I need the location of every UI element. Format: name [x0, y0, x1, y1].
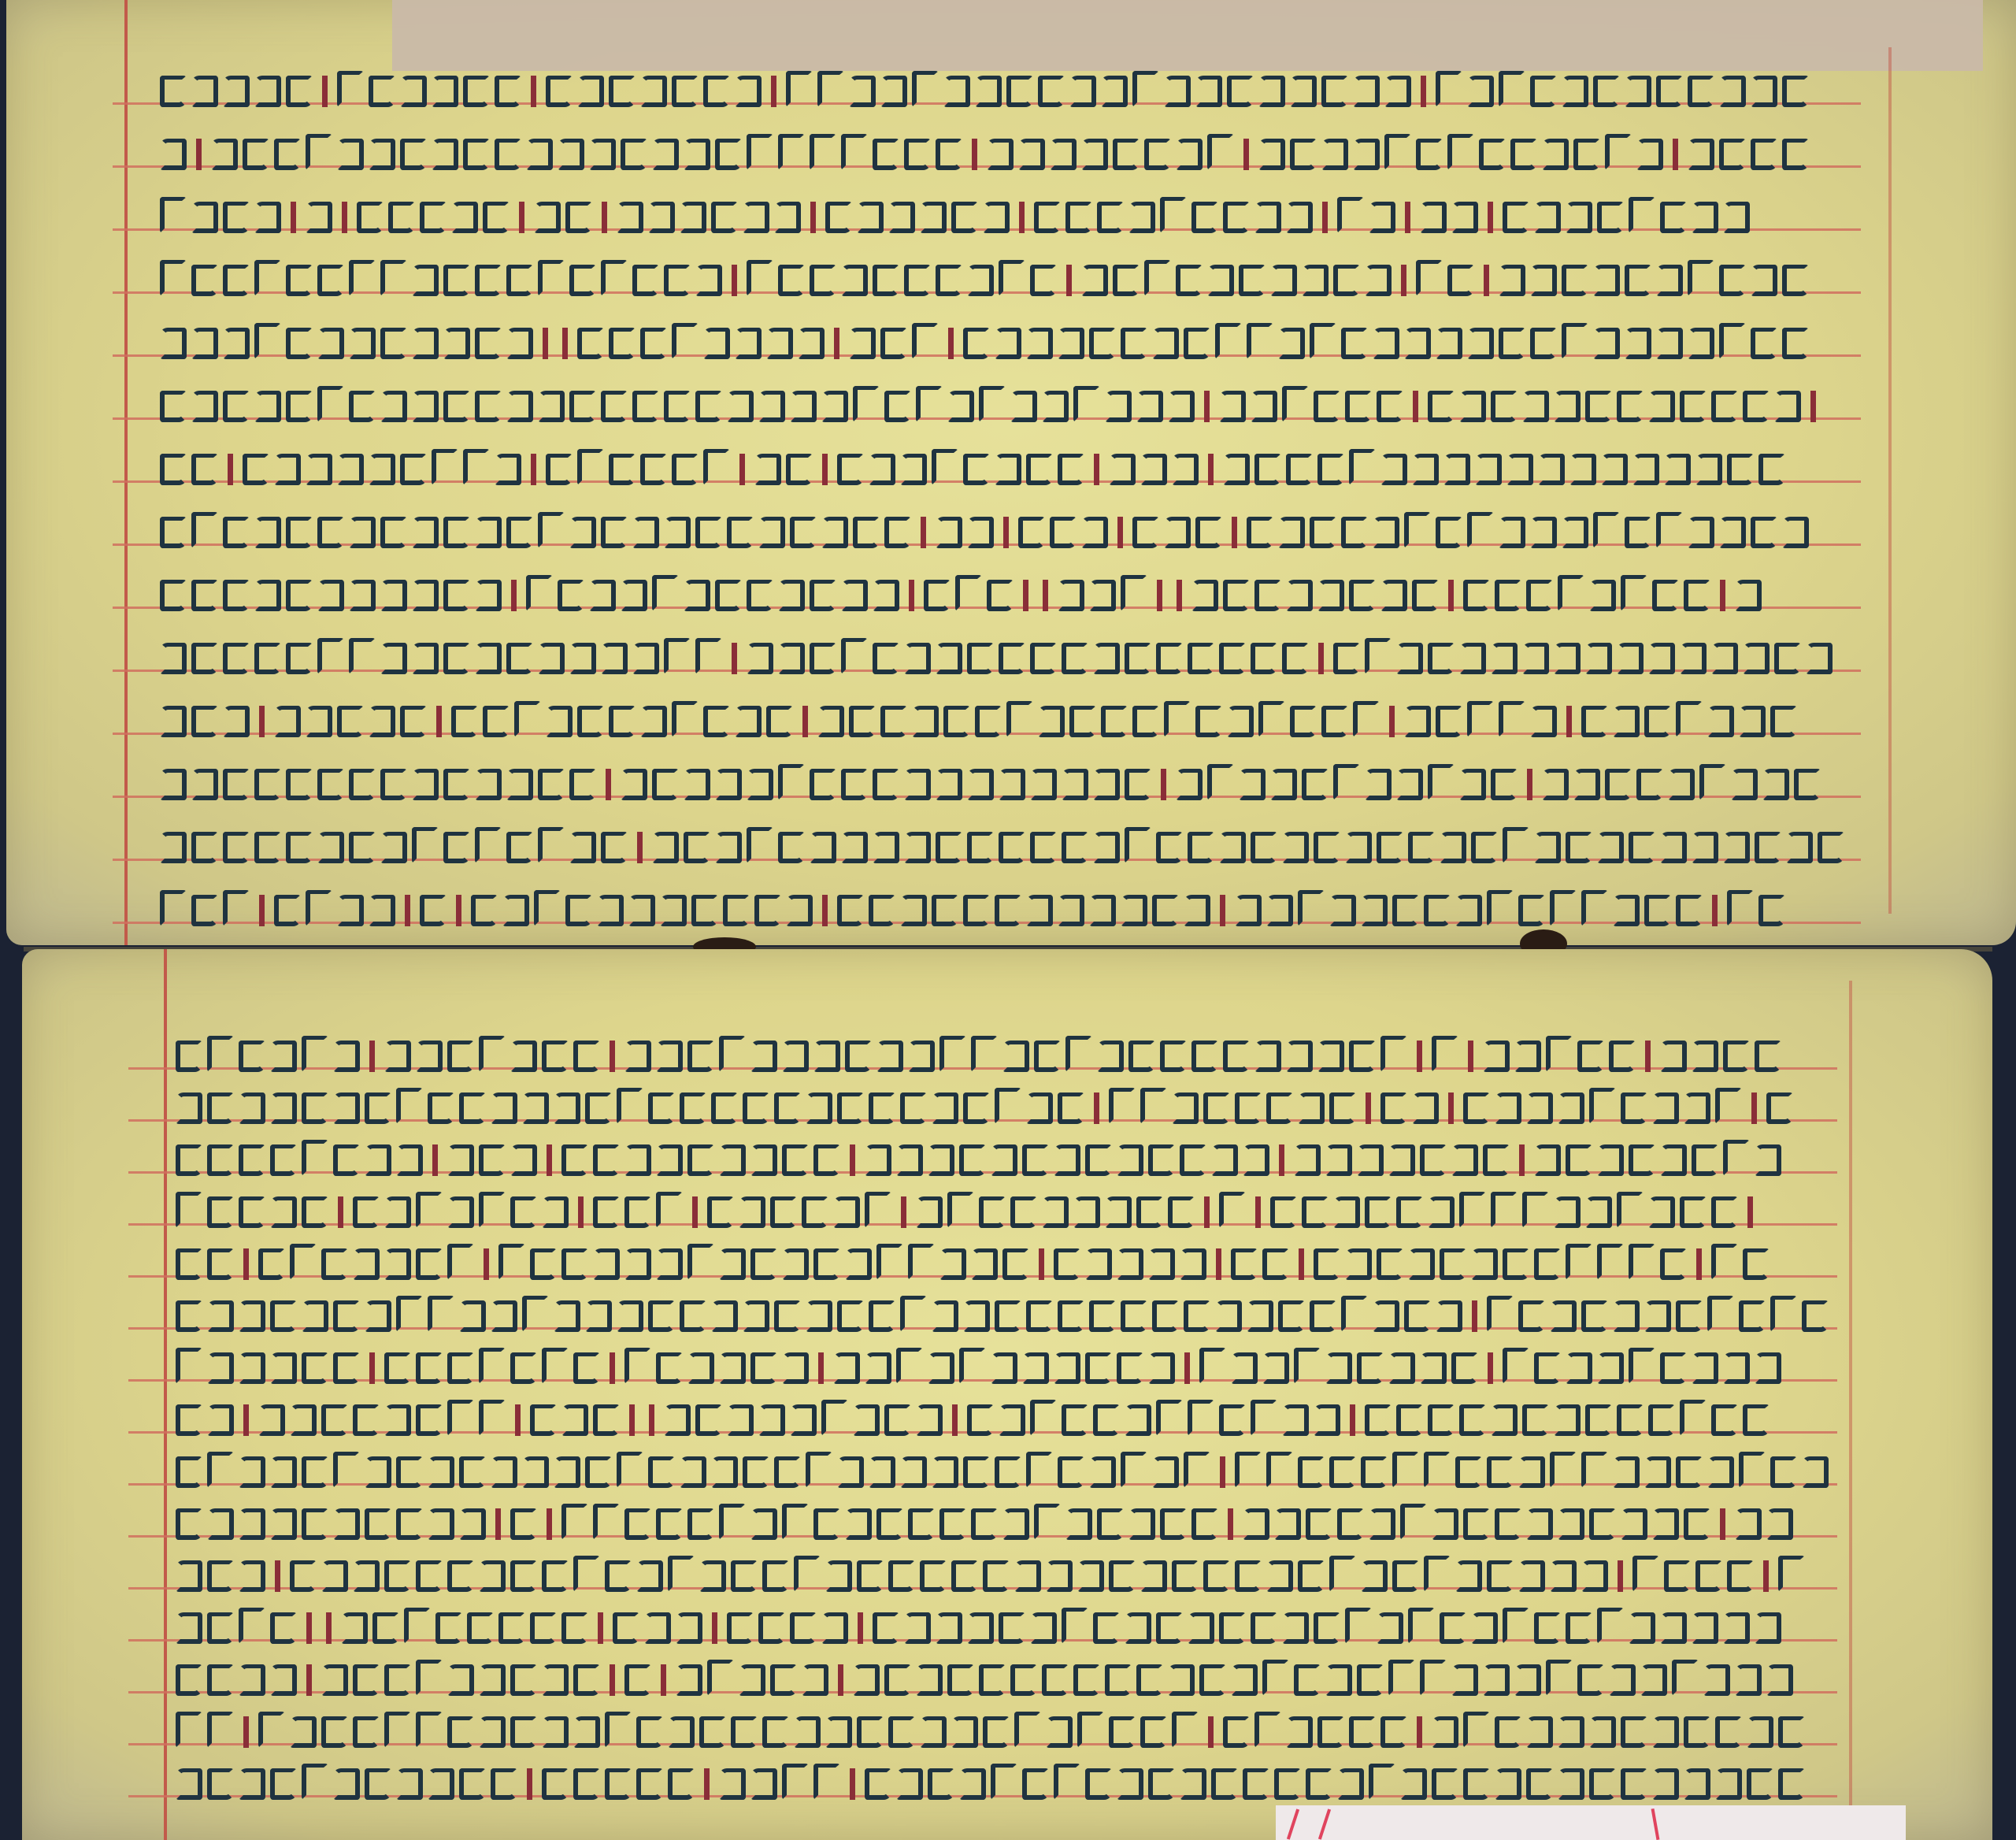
script-glyph [928, 1144, 954, 1176]
script-glyph [936, 517, 962, 548]
script-glyph [506, 517, 533, 548]
script-glyph [1589, 1768, 1616, 1800]
manuscript-text-line [176, 1496, 1853, 1540]
script-glyph [1270, 265, 1297, 296]
danda-mark [1472, 1300, 1477, 1332]
script-glyph [1357, 1144, 1384, 1176]
script-glyph [270, 1041, 297, 1072]
manuscript-text-line [176, 1340, 1853, 1384]
script-glyph [365, 1144, 391, 1176]
script-glyph [1030, 769, 1057, 800]
script-glyph [1530, 76, 1557, 107]
script-glyph [695, 1404, 722, 1436]
script-glyph [479, 1348, 506, 1384]
script-glyph [1211, 1144, 1238, 1176]
script-glyph [1550, 890, 1577, 926]
script-glyph [810, 643, 836, 674]
script-glyph [1719, 76, 1746, 107]
script-glyph [223, 643, 250, 674]
script-glyph [1254, 454, 1281, 485]
script-glyph [979, 386, 1006, 422]
script-glyph [1148, 1352, 1175, 1384]
script-glyph [1152, 895, 1179, 926]
script-glyph [963, 328, 990, 359]
script-glyph [617, 1088, 643, 1124]
script-glyph [384, 1404, 411, 1436]
script-glyph [873, 580, 899, 611]
script-glyph [302, 1456, 328, 1488]
manuscript-text-line [160, 756, 1877, 800]
script-glyph [750, 1508, 777, 1540]
script-glyph [1333, 265, 1360, 296]
script-glyph [207, 1352, 234, 1384]
script-glyph [1223, 454, 1250, 485]
danda-mark [1023, 580, 1028, 611]
script-glyph [774, 1092, 801, 1124]
script-glyph [1215, 323, 1242, 359]
danda-mark [1448, 1092, 1454, 1124]
script-glyph [207, 1300, 234, 1332]
script-glyph [1436, 1300, 1462, 1332]
script-glyph [932, 895, 958, 926]
script-glyph [1384, 76, 1411, 107]
script-glyph [290, 1716, 317, 1748]
script-glyph [475, 580, 502, 611]
script-glyph [1373, 517, 1399, 548]
script-glyph [1278, 517, 1305, 548]
script-glyph [845, 1041, 872, 1072]
script-glyph [668, 1716, 695, 1748]
script-glyph [699, 1560, 726, 1592]
danda-mark [732, 265, 737, 296]
script-glyph [1558, 1092, 1584, 1124]
script-glyph [975, 76, 1002, 107]
script-glyph [1380, 454, 1407, 485]
script-glyph [857, 202, 884, 233]
script-glyph [605, 1560, 632, 1592]
script-glyph [1609, 1041, 1636, 1072]
script-glyph [632, 643, 659, 674]
script-glyph [306, 202, 332, 233]
danda-mark [1003, 517, 1009, 548]
script-glyph [1243, 1508, 1269, 1540]
manuscript-text-line [160, 189, 1877, 233]
script-glyph [459, 1508, 486, 1540]
danda-mark [1413, 391, 1418, 422]
script-glyph [176, 1508, 202, 1540]
script-glyph [841, 580, 868, 611]
danda-mark [1696, 1248, 1702, 1280]
script-glyph [1487, 1296, 1514, 1332]
script-glyph [1562, 323, 1588, 359]
script-glyph [1278, 1300, 1305, 1332]
script-glyph [1467, 701, 1494, 737]
script-glyph [1774, 391, 1801, 422]
script-glyph [270, 1352, 297, 1384]
script-glyph [1451, 1664, 1478, 1696]
script-glyph [1455, 1456, 1482, 1488]
script-glyph [428, 1456, 454, 1488]
script-glyph [1522, 643, 1549, 674]
script-glyph [1621, 575, 1647, 611]
script-glyph [1073, 1196, 1100, 1228]
script-glyph [1510, 139, 1537, 170]
script-glyph [810, 769, 836, 800]
script-glyph [176, 1348, 202, 1384]
script-glyph [396, 1508, 423, 1540]
script-glyph [703, 449, 730, 485]
script-glyph [1522, 1192, 1549, 1228]
script-glyph [1495, 580, 1521, 611]
manuscript-text-line [176, 1600, 1853, 1644]
script-glyph [987, 580, 1014, 611]
script-glyph [1707, 706, 1734, 737]
script-glyph [656, 1041, 683, 1072]
script-glyph [1132, 706, 1159, 737]
script-glyph [1314, 1404, 1340, 1436]
script-glyph [1554, 391, 1581, 422]
danda-mark [712, 1612, 717, 1644]
script-glyph [1463, 1768, 1490, 1800]
script-glyph [1215, 1300, 1242, 1332]
script-glyph [573, 1768, 600, 1800]
danda-mark [850, 1768, 855, 1800]
script-glyph [491, 1300, 517, 1332]
script-glyph [995, 1300, 1021, 1332]
script-glyph [1581, 1560, 1608, 1592]
script-glyph [849, 328, 876, 359]
script-glyph [790, 1612, 817, 1644]
script-glyph [900, 1092, 927, 1124]
script-glyph [1136, 1664, 1163, 1696]
script-glyph [1542, 139, 1569, 170]
script-glyph [1298, 1560, 1325, 1592]
script-glyph [1629, 1244, 1655, 1280]
script-glyph [865, 1352, 891, 1384]
script-glyph [869, 1300, 895, 1332]
script-glyph [380, 580, 407, 611]
danda-mark [275, 1560, 280, 1592]
script-glyph [286, 76, 313, 107]
script-glyph [239, 1664, 265, 1696]
script-glyph [254, 202, 281, 233]
danda-mark [369, 1041, 375, 1072]
script-glyph [806, 1092, 832, 1124]
script-glyph [1396, 769, 1423, 800]
script-glyph [1117, 1768, 1143, 1800]
script-glyph [1400, 1504, 1427, 1540]
script-glyph [1479, 139, 1506, 170]
script-glyph [1699, 764, 1726, 800]
script-glyph [495, 139, 521, 170]
script-glyph [1030, 1612, 1057, 1644]
script-glyph [349, 769, 376, 800]
script-glyph [1022, 1352, 1049, 1384]
script-glyph [1440, 1248, 1466, 1280]
script-glyph [317, 386, 344, 422]
script-glyph [1113, 265, 1140, 296]
script-glyph [286, 328, 313, 359]
script-glyph [715, 139, 742, 170]
right-margin-line [1888, 47, 1892, 914]
script-glyph [680, 1456, 706, 1488]
script-glyph [317, 769, 344, 800]
script-glyph [1644, 706, 1671, 737]
script-glyph [971, 1508, 998, 1540]
script-glyph [1475, 454, 1502, 485]
script-glyph [1562, 76, 1588, 107]
script-glyph [778, 643, 805, 674]
script-glyph [207, 1712, 234, 1748]
script-glyph [160, 643, 187, 674]
script-glyph [750, 1352, 777, 1384]
script-glyph [1136, 1196, 1163, 1228]
script-glyph [447, 1400, 474, 1436]
script-glyph [1286, 1716, 1313, 1748]
script-glyph [475, 265, 502, 296]
script-glyph [743, 1300, 769, 1332]
script-glyph [660, 895, 687, 926]
script-glyph [1526, 580, 1553, 611]
script-glyph [1062, 769, 1088, 800]
script-glyph [160, 832, 187, 863]
script-glyph [1388, 1352, 1415, 1384]
script-glyph [302, 1092, 328, 1124]
script-glyph [191, 202, 218, 233]
script-glyph [396, 1768, 423, 1800]
script-glyph [396, 1296, 423, 1332]
script-glyph [1522, 391, 1549, 422]
script-glyph [1235, 895, 1262, 926]
script-glyph [384, 1248, 411, 1280]
script-glyph [1514, 1041, 1541, 1072]
script-glyph [1282, 832, 1309, 863]
script-glyph [1247, 1300, 1273, 1332]
script-glyph [735, 328, 762, 359]
danda-mark [1208, 454, 1214, 485]
script-glyph [936, 769, 962, 800]
script-glyph [1573, 139, 1600, 170]
script-glyph [636, 1768, 663, 1800]
danda-mark [1751, 1092, 1757, 1124]
danda-mark [948, 328, 954, 359]
script-glyph [412, 643, 439, 674]
script-glyph [380, 391, 407, 422]
script-glyph [727, 1612, 754, 1644]
script-glyph [317, 832, 344, 863]
script-glyph [1609, 1664, 1636, 1696]
script-glyph [711, 1300, 738, 1332]
danda-mark [610, 1041, 615, 1072]
script-glyph [1428, 1196, 1455, 1228]
script-glyph [617, 202, 643, 233]
danda-mark [818, 1352, 824, 1384]
script-glyph [1188, 643, 1214, 674]
script-glyph [1286, 202, 1313, 233]
script-glyph [270, 1508, 297, 1540]
script-glyph [1195, 706, 1222, 737]
script-glyph [1526, 1768, 1553, 1800]
script-glyph [1109, 1560, 1136, 1592]
script-glyph [1534, 1144, 1561, 1176]
script-glyph [585, 1092, 612, 1124]
danda-mark [511, 580, 517, 611]
script-glyph [1034, 1504, 1061, 1540]
danda-mark [1618, 1560, 1623, 1592]
script-glyph [302, 1140, 328, 1176]
script-glyph [1424, 1556, 1451, 1592]
script-glyph [1380, 1036, 1407, 1072]
script-glyph [813, 1248, 840, 1280]
script-glyph [223, 706, 250, 737]
script-glyph [947, 391, 974, 422]
script-glyph [554, 1092, 580, 1124]
script-glyph [554, 1456, 580, 1488]
danda-mark [259, 895, 265, 926]
script-glyph [1617, 1404, 1644, 1436]
script-glyph [1199, 1348, 1226, 1384]
script-glyph [290, 1404, 317, 1436]
script-glyph [1160, 1041, 1187, 1072]
script-glyph [1333, 643, 1360, 674]
manuscript-text-line [160, 252, 1877, 296]
script-glyph [1617, 643, 1644, 674]
script-glyph [1274, 1508, 1301, 1540]
script-glyph [837, 1456, 864, 1488]
script-glyph [1337, 1768, 1364, 1800]
script-glyph [1058, 895, 1084, 926]
script-glyph [593, 1196, 620, 1228]
script-glyph [1148, 1768, 1175, 1800]
script-glyph [786, 895, 813, 926]
script-glyph [995, 1088, 1021, 1124]
script-glyph [239, 1560, 265, 1592]
script-glyph [1755, 1352, 1781, 1384]
danda-mark [739, 454, 745, 485]
script-glyph [719, 1248, 746, 1280]
script-glyph [1451, 202, 1478, 233]
script-glyph [1357, 1664, 1384, 1696]
script-glyph [1719, 517, 1746, 548]
script-glyph [924, 580, 951, 611]
script-glyph [239, 1352, 265, 1384]
script-glyph [999, 1404, 1025, 1436]
script-glyph [896, 1144, 923, 1176]
script-glyph [396, 1088, 423, 1124]
script-glyph [416, 1041, 443, 1072]
script-glyph [1723, 832, 1750, 863]
script-glyph [1644, 1300, 1671, 1332]
script-glyph [1369, 1508, 1395, 1540]
script-glyph [1144, 139, 1171, 170]
script-glyph [1463, 1092, 1490, 1124]
script-glyph [936, 1612, 962, 1644]
script-glyph [1002, 1248, 1029, 1280]
script-glyph [1310, 517, 1336, 548]
script-glyph [1089, 1456, 1116, 1488]
script-glyph [1660, 1041, 1687, 1072]
script-glyph [561, 1404, 588, 1436]
danda-mark [901, 1196, 906, 1228]
script-glyph [416, 1192, 443, 1228]
script-glyph [1317, 1716, 1344, 1748]
script-glyph [687, 1352, 714, 1384]
script-glyph [790, 391, 817, 422]
script-glyph [1491, 769, 1518, 800]
script-glyph [1121, 1300, 1147, 1332]
script-glyph [191, 512, 218, 548]
script-glyph [1577, 1664, 1604, 1696]
script-glyph [1688, 76, 1714, 107]
script-glyph [1447, 265, 1474, 296]
script-glyph [207, 1248, 234, 1280]
script-glyph [1077, 1712, 1104, 1748]
manuscript-text-line [160, 126, 1877, 170]
danda-mark [1039, 1248, 1044, 1280]
script-glyph [573, 1716, 600, 1748]
script-glyph [400, 454, 427, 485]
script-glyph [1058, 1300, 1084, 1332]
script-glyph [1388, 1660, 1415, 1696]
script-glyph [605, 1768, 632, 1800]
script-glyph [1258, 701, 1285, 737]
script-glyph [1026, 454, 1053, 485]
script-glyph [873, 139, 899, 170]
script-glyph [1018, 517, 1045, 548]
script-glyph [1526, 1508, 1553, 1540]
danda-mark [1417, 1041, 1422, 1072]
script-glyph [577, 706, 604, 737]
script-glyph [1235, 1452, 1262, 1488]
script-glyph [1534, 202, 1561, 233]
script-glyph [349, 328, 376, 359]
script-glyph [1499, 71, 1525, 107]
script-glyph [1085, 1768, 1112, 1800]
script-glyph [416, 1560, 443, 1592]
script-glyph [947, 1664, 974, 1696]
script-glyph [565, 895, 592, 926]
script-glyph [656, 1144, 683, 1176]
script-glyph [1365, 1196, 1392, 1228]
script-glyph [959, 1768, 986, 1800]
script-glyph [428, 1296, 454, 1332]
script-glyph [1223, 1716, 1250, 1748]
script-glyph [542, 1196, 569, 1228]
script-glyph [778, 764, 805, 800]
danda-mark [196, 139, 202, 170]
script-glyph [1223, 202, 1250, 233]
script-glyph [1483, 1664, 1510, 1696]
script-glyph [1613, 895, 1640, 926]
script-glyph [624, 1248, 651, 1280]
script-glyph [1140, 1088, 1167, 1124]
script-glyph [1428, 764, 1455, 800]
script-glyph [1585, 643, 1612, 674]
script-glyph [1459, 1192, 1486, 1228]
script-glyph [1719, 139, 1746, 170]
script-glyph [412, 265, 439, 296]
script-glyph [786, 454, 813, 485]
script-glyph [160, 769, 187, 800]
script-glyph [1184, 328, 1210, 359]
stamp-mark [1287, 1808, 1299, 1839]
script-glyph [1581, 706, 1608, 737]
script-glyph [1640, 1664, 1667, 1696]
script-glyph [1652, 1716, 1679, 1748]
script-glyph [1656, 512, 1683, 548]
script-glyph [1085, 1144, 1112, 1176]
script-glyph [538, 512, 565, 548]
